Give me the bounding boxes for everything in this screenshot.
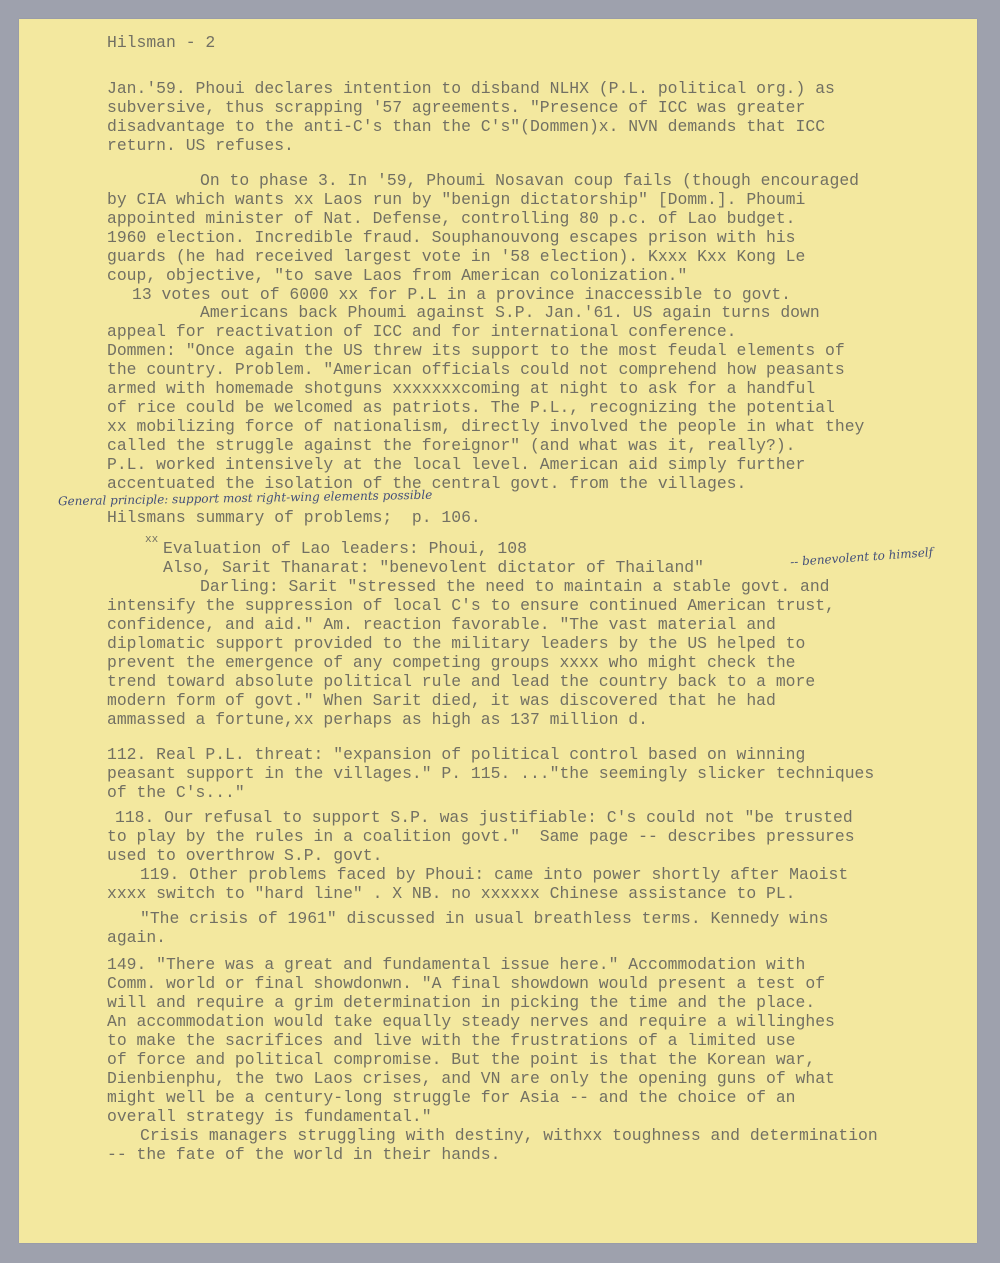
text-line: xx mobilizing force of nationalism, dire… (107, 417, 864, 436)
text-line: 149. "There was a great and fundamental … (107, 955, 805, 974)
text-line: of force and political compromise. But t… (107, 1050, 815, 1069)
text-line: called the struggle against the foreigno… (107, 436, 796, 455)
text-line: P.L. worked intensively at the local lev… (107, 455, 805, 474)
text-line: of the C's..." (107, 783, 245, 802)
text-line: 118. Our refusal to support S.P. was jus… (115, 808, 853, 827)
text-line: disadvantage to the anti-C's than the C'… (107, 117, 825, 136)
text-line: confidence, and aid." Am. reaction favor… (107, 615, 776, 634)
text-line: 13 votes out of 6000 xx for P.L in a pro… (132, 285, 791, 304)
text-line: return. US refuses. (107, 136, 294, 155)
text-line: Hilsmans summary of problems; p. 106. (107, 508, 481, 527)
text-line: prevent the emergence of any competing g… (107, 653, 796, 672)
text-line: Also, Sarit Thanarat: "benevolent dictat… (163, 558, 704, 577)
text-line: will and require a grim determination in… (107, 993, 815, 1012)
text-line: guards (he had received largest vote in … (107, 247, 805, 266)
text-line: peasant support in the villages." P. 115… (107, 764, 874, 783)
text-line: diplomatic support provided to the milit… (107, 634, 805, 653)
text-line: Darling: Sarit "stressed the need to mai… (200, 577, 830, 596)
text-line: On to phase 3. In '59, Phoumi Nosavan co… (200, 171, 859, 190)
text-line: trend toward absolute political rule and… (107, 672, 815, 691)
text-line: "The crisis of 1961" discussed in usual … (140, 909, 829, 928)
text-line: coup, objective, "to save Laos from Amer… (107, 266, 687, 285)
text-line: ammassed a fortune,xx perhaps as high as… (107, 710, 648, 729)
text-line: Crisis managers struggling with destiny,… (140, 1126, 878, 1145)
text-line: to make the sacrifices and live with the… (107, 1031, 796, 1050)
text-line: Americans back Phoumi against S.P. Jan.'… (200, 303, 820, 322)
text-line: 1960 election. Incredible fraud. Souphan… (107, 228, 796, 247)
text-line: modern form of govt." When Sarit died, i… (107, 691, 776, 710)
text-line: xx (145, 531, 158, 550)
text-line: Jan.'59. Phoui declares intention to dis… (107, 79, 835, 98)
text-line: 112. Real P.L. threat: "expansion of pol… (107, 745, 805, 764)
text-line: to play by the rules in a coalition govt… (107, 827, 855, 846)
text-line: Dienbienphu, the two Laos crises, and VN… (107, 1069, 835, 1088)
text-line: xxxx switch to "hard line" . X NB. no xx… (107, 884, 796, 903)
text-line: 119. Other problems faced by Phoui: came… (140, 865, 848, 884)
text-line: Dommen: "Once again the US threw its sup… (107, 341, 845, 360)
text-line: -- the fate of the world in their hands. (107, 1145, 500, 1164)
page-header: Hilsman - 2 (107, 33, 215, 52)
text-line: of rice could be welcomed as patriots. T… (107, 398, 835, 417)
text-line: subversive, thus scrapping '57 agreement… (107, 98, 805, 117)
text-line: appointed minister of Nat. Defense, cont… (107, 209, 796, 228)
text-line: armed with homemade shotguns xxxxxxxcomi… (107, 379, 815, 398)
text-line: An accommodation would take equally stea… (107, 1012, 835, 1031)
text-line: the country. Problem. "American official… (107, 360, 845, 379)
text-line: overall strategy is fundamental." (107, 1107, 432, 1126)
text-line: might well be a century-long struggle fo… (107, 1088, 796, 1107)
text-line: Evaluation of Lao leaders: Phoui, 108 (163, 539, 527, 558)
text-line: appeal for reactivation of ICC and for i… (107, 322, 737, 341)
text-line: by CIA which wants xx Laos run by "benig… (107, 190, 805, 209)
text-line: again. (107, 928, 166, 947)
text-line: intensify the suppression of local C's t… (107, 596, 835, 615)
text-line: used to overthrow S.P. govt. (107, 846, 382, 865)
text-line: Comm. world or final showdonwn. "A final… (107, 974, 825, 993)
